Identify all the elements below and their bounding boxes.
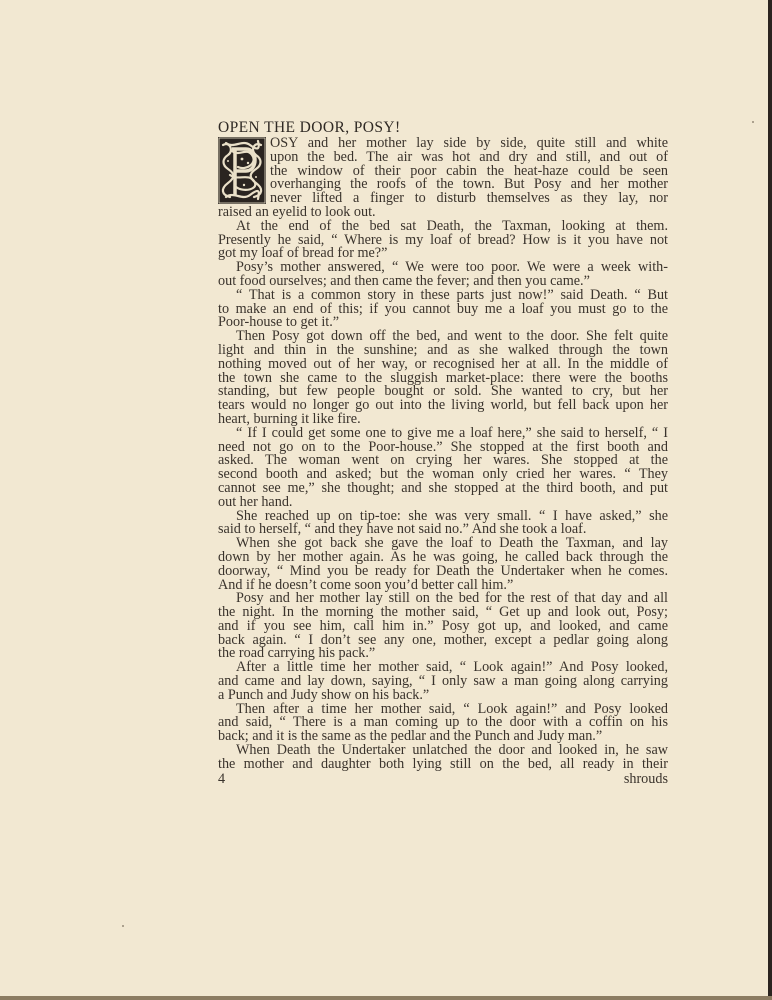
paper-speck bbox=[752, 121, 754, 123]
text-line: the mother and daughter both lying still… bbox=[218, 758, 668, 772]
celtic-knot-initial-p-icon bbox=[218, 137, 266, 204]
paper-speck bbox=[122, 925, 124, 927]
page-number: 4 bbox=[218, 772, 225, 786]
body-text: OSY and her mother lay side by side, qui… bbox=[218, 137, 668, 772]
page-edge-right bbox=[768, 0, 772, 1000]
text-column: OPEN THE DOOR, POSY! bbox=[218, 120, 668, 786]
knotwork-ornament-icon bbox=[218, 137, 266, 204]
page-title: OPEN THE DOOR, POSY! bbox=[218, 120, 668, 136]
catchword: shrouds bbox=[624, 772, 668, 786]
page-footer: 4 shrouds bbox=[218, 772, 668, 786]
page-edge-bottom bbox=[0, 996, 772, 1000]
